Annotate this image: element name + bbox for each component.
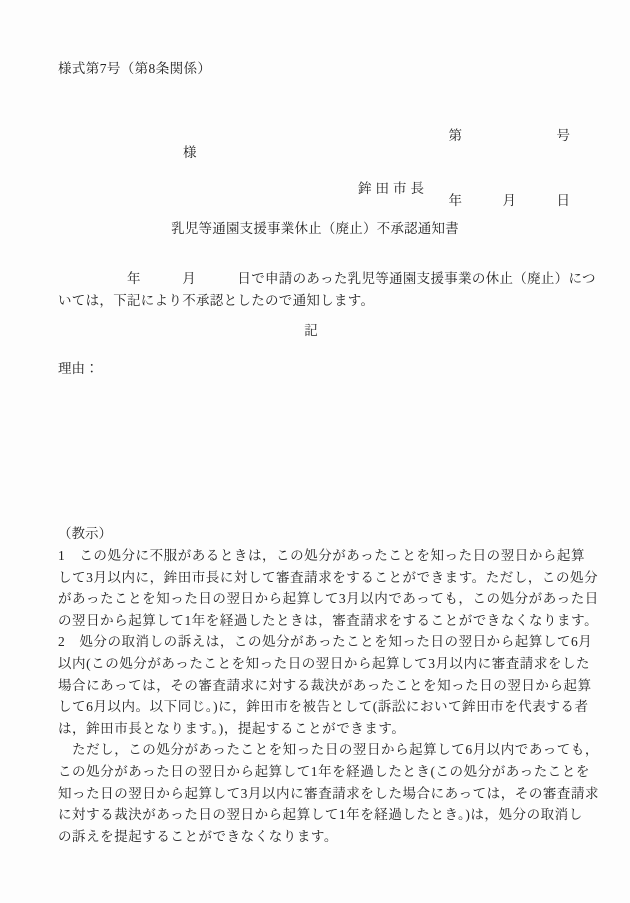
issuer-name: 鉾田市長 bbox=[358, 178, 428, 200]
notice-body: 1 この処分に不服があるときは，この処分があったことを知った日の翌日から起算 し… bbox=[58, 545, 599, 847]
document-page: 様式第7号（第8条関係） 第 号 年 月 日 様 鉾田市長 乳児等通園支援事業休… bbox=[0, 0, 630, 903]
document-title: 乳児等通園支援事業休止（廃止）不承認通知書 bbox=[0, 218, 630, 240]
form-number: 様式第7号（第8条関係） bbox=[58, 58, 211, 80]
notice-heading: （教示） bbox=[58, 523, 112, 545]
record-marker: 記 bbox=[0, 320, 622, 342]
reason-label: 理由： bbox=[58, 358, 99, 380]
addressee-honorific: 様 bbox=[183, 142, 197, 164]
document-date-line: 年 月 日 bbox=[449, 190, 571, 212]
document-number-line: 第 号 bbox=[449, 125, 571, 147]
intro-paragraph: 年 月 日で申請のあった乳児等通園支援事業の休止（廃止）につ いては，下記により… bbox=[58, 268, 596, 311]
